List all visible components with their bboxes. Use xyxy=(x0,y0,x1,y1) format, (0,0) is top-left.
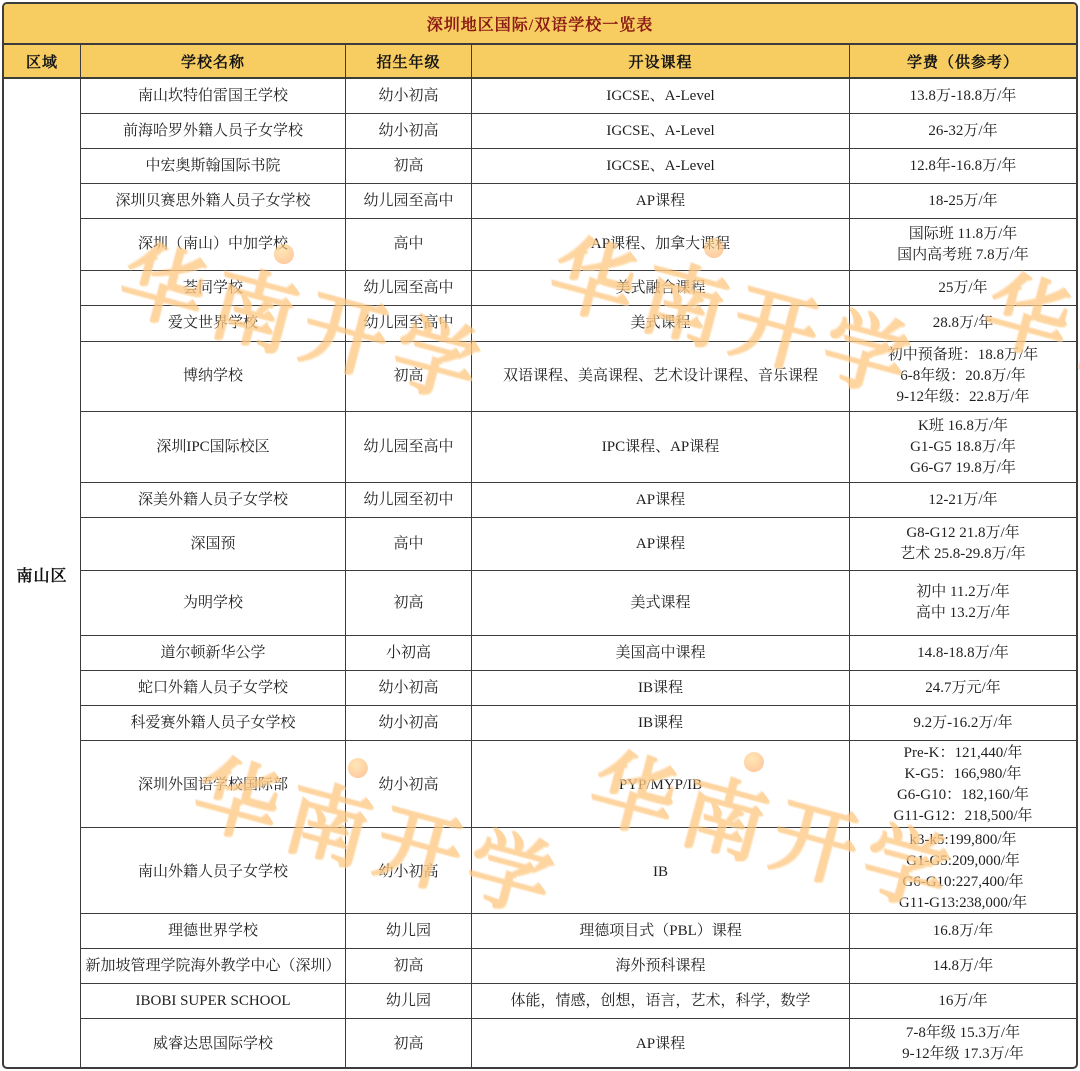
table-row: IBOBI SUPER SCHOOL 幼儿园 体能，情感，创想，语言，艺术，科学… xyxy=(81,984,1076,1019)
grades-cell: 幼儿园至高中 xyxy=(346,306,472,341)
tuition-cell: Pre-K：121,440/年K-G5：166,980/年G6-G10：182,… xyxy=(850,741,1076,829)
table-row: 蛇口外籍人员子女学校 幼小初高 IB课程 24.7万元/年 xyxy=(81,671,1076,706)
table-row: 中宏奥斯翰国际书院 初高 IGCSE、A-Level 12.8年-16.8万/年 xyxy=(81,149,1076,184)
grades-cell: 小初高 xyxy=(346,636,472,670)
table-row: 理德世界学校 幼儿园 理德项目式（PBL）课程 16.8万/年 xyxy=(81,914,1076,949)
fee-line: 艺术 25.8-29.8万/年 xyxy=(900,544,1025,565)
school-name-cell: 荟同学校 xyxy=(81,271,346,305)
courses-cell: AP课程 xyxy=(472,184,850,218)
school-name-cell: 蛇口外籍人员子女学校 xyxy=(81,671,346,705)
grades-cell: 初高 xyxy=(346,949,472,983)
school-name-cell: 深圳IPC国际校区 xyxy=(81,412,346,482)
fee-line: k3-k5:199,800/年 xyxy=(909,830,1016,851)
courses-cell: AP课程 xyxy=(472,1019,850,1069)
header-school-name: 学校名称 xyxy=(81,45,346,77)
fee-line: 6-8年级：20.8万/年 xyxy=(900,366,1025,387)
school-name-cell: 为明学校 xyxy=(81,571,346,635)
tuition-cell: K班 16.8万/年G1-G5 18.8万/年G6-G7 19.8万/年 xyxy=(850,412,1076,482)
tuition-cell: 28.8万/年 xyxy=(850,306,1076,341)
fee-line: G11-G13:238,000/年 xyxy=(899,893,1027,914)
fee-line: 高中 13.2万/年 xyxy=(916,603,1010,624)
tuition-cell: 13.8万-18.8万/年 xyxy=(850,79,1076,113)
table-row: 南山外籍人员子女学校 幼小初高 IB k3-k5:199,800/年G1-G5:… xyxy=(81,828,1076,914)
fee-line: K班 16.8万/年 xyxy=(918,416,1008,437)
courses-cell: AP课程 xyxy=(472,518,850,570)
grades-cell: 幼小初高 xyxy=(346,79,472,113)
courses-cell: IPC课程、AP课程 xyxy=(472,412,850,482)
table-row: 博纳学校 初高 双语课程、美高课程、艺术设计课程、音乐课程 初中预备班：18.8… xyxy=(81,342,1076,412)
fee-line: 18-25万/年 xyxy=(928,191,997,212)
table-row: 南山坎特伯雷国王学校 幼小初高 IGCSE、A-Level 13.8万-18.8… xyxy=(81,79,1076,114)
table-row: 深圳IPC国际校区 幼儿园至高中 IPC课程、AP课程 K班 16.8万/年G1… xyxy=(81,412,1076,483)
fee-line: 28.8万/年 xyxy=(933,313,993,334)
fee-line: G8-G12 21.8万/年 xyxy=(906,523,1019,544)
courses-cell: 美国高中课程 xyxy=(472,636,850,670)
table-header-row: 区域 学校名称 招生年级 开设课程 学费（供参考） xyxy=(4,45,1076,79)
grades-cell: 初高 xyxy=(346,342,472,411)
school-name-cell: 深圳贝赛思外籍人员子女学校 xyxy=(81,184,346,218)
school-name-cell: 南山坎特伯雷国王学校 xyxy=(81,79,346,113)
school-name-cell: 威睿达思国际学校 xyxy=(81,1019,346,1069)
fee-line: 16万/年 xyxy=(938,991,987,1012)
fee-line: G1-G5:209,000/年 xyxy=(906,851,1020,872)
courses-cell: AP课程 xyxy=(472,483,850,517)
table-row: 深圳（南山）中加学校 高中 AP课程、加拿大课程 国际班 11.8万/年国内高考… xyxy=(81,219,1076,271)
table-row: 爱文世界学校 幼儿园至高中 美式课程 28.8万/年 xyxy=(81,306,1076,342)
table-row: 前海哈罗外籍人员子女学校 幼小初高 IGCSE、A-Level 26-32万/年 xyxy=(81,114,1076,149)
tuition-cell: 7-8年级 15.3万/年9-12年级 17.3万/年 xyxy=(850,1019,1076,1069)
fee-line: 13.8万-18.8万/年 xyxy=(910,86,1017,107)
school-name-cell: 深国预 xyxy=(81,518,346,570)
fee-line: 9.2万-16.2万/年 xyxy=(913,713,1012,734)
fee-line: 12-21万/年 xyxy=(928,490,997,511)
fee-line: 24.7万元/年 xyxy=(925,678,1000,699)
tuition-cell: 24.7万元/年 xyxy=(850,671,1076,705)
school-name-cell: 新加坡管理学院海外教学中心（深圳） xyxy=(81,949,346,983)
tuition-cell: 16万/年 xyxy=(850,984,1076,1018)
courses-cell: 美式融合课程 xyxy=(472,271,850,305)
tuition-cell: 国际班 11.8万/年国内高考班 7.8万/年 xyxy=(850,219,1076,270)
table-row: 深圳贝赛思外籍人员子女学校 幼儿园至高中 AP课程 18-25万/年 xyxy=(81,184,1076,219)
grades-cell: 初高 xyxy=(346,1019,472,1069)
fee-line: G6-G10:227,400/年 xyxy=(902,872,1023,893)
tuition-cell: 14.8万/年 xyxy=(850,949,1076,983)
fee-line: 国内高考班 7.8万/年 xyxy=(897,245,1029,266)
school-table-sheet: 深圳地区国际/双语学校一览表 区域 学校名称 招生年级 开设课程 学费（供参考）… xyxy=(0,0,1080,1071)
courses-cell: 美式课程 xyxy=(472,306,850,341)
school-name-cell: 前海哈罗外籍人员子女学校 xyxy=(81,114,346,148)
fee-line: 9-12年级：22.8万/年 xyxy=(897,387,1030,408)
tuition-cell: 14.8-18.8万/年 xyxy=(850,636,1076,670)
school-name-cell: 深美外籍人员子女学校 xyxy=(81,483,346,517)
header-grades: 招生年级 xyxy=(346,45,472,77)
grades-cell: 幼小初高 xyxy=(346,828,472,916)
fee-line: 25万/年 xyxy=(938,278,987,299)
grades-cell: 高中 xyxy=(346,219,472,270)
table-row: 科爱赛外籍人员子女学校 幼小初高 IB课程 9.2万-16.2万/年 xyxy=(81,706,1076,741)
tuition-cell: 25万/年 xyxy=(850,271,1076,305)
tuition-cell: 初中 11.2万/年高中 13.2万/年 xyxy=(850,571,1076,635)
school-name-cell: 博纳学校 xyxy=(81,342,346,411)
school-name-cell: IBOBI SUPER SCHOOL xyxy=(81,984,346,1018)
grades-cell: 初高 xyxy=(346,149,472,183)
fee-line: 26-32万/年 xyxy=(928,121,997,142)
grades-cell: 幼小初高 xyxy=(346,671,472,705)
tuition-cell: 初中预备班：18.8万/年6-8年级：20.8万/年9-12年级：22.8万/年 xyxy=(850,342,1076,411)
fee-line: 14.8万/年 xyxy=(933,956,993,977)
school-name-cell: 深圳外国语学校国际部 xyxy=(81,741,346,829)
school-name-cell: 南山外籍人员子女学校 xyxy=(81,828,346,916)
tuition-cell: 16.8万/年 xyxy=(850,914,1076,948)
school-name-cell: 理德世界学校 xyxy=(81,914,346,948)
table-row: 荟同学校 幼儿园至高中 美式融合课程 25万/年 xyxy=(81,271,1076,306)
tuition-cell: 26-32万/年 xyxy=(850,114,1076,148)
region-label: 南山区 xyxy=(4,79,81,1069)
school-name-cell: 道尔顿新华公学 xyxy=(81,636,346,670)
courses-cell: IB课程 xyxy=(472,671,850,705)
courses-cell: IGCSE、A-Level xyxy=(472,79,850,113)
school-name-cell: 深圳（南山）中加学校 xyxy=(81,219,346,270)
fee-line: G1-G5 18.8万/年 xyxy=(910,437,1016,458)
grades-cell: 初高 xyxy=(346,571,472,635)
courses-cell: 海外预科课程 xyxy=(472,949,850,983)
tuition-cell: 9.2万-16.2万/年 xyxy=(850,706,1076,740)
grades-cell: 高中 xyxy=(346,518,472,570)
fee-line: 国际班 11.8万/年 xyxy=(909,224,1018,245)
tuition-cell: 12-21万/年 xyxy=(850,483,1076,517)
table-title: 深圳地区国际/双语学校一览表 xyxy=(4,4,1076,45)
fee-line: K-G5：166,980/年 xyxy=(904,764,1021,785)
courses-cell: IGCSE、A-Level xyxy=(472,149,850,183)
courses-cell: AP课程、加拿大课程 xyxy=(472,219,850,270)
header-courses: 开设课程 xyxy=(472,45,850,77)
fee-line: 9-12年级 17.3万/年 xyxy=(902,1044,1024,1065)
school-table: 深圳地区国际/双语学校一览表 区域 学校名称 招生年级 开设课程 学费（供参考）… xyxy=(2,2,1078,1069)
fee-line: 16.8万/年 xyxy=(933,921,993,942)
courses-cell: 体能，情感，创想，语言，艺术，科学，数学 xyxy=(472,984,850,1018)
table-row: 威睿达思国际学校 初高 AP课程 7-8年级 15.3万/年9-12年级 17.… xyxy=(81,1019,1076,1069)
fee-line: Pre-K：121,440/年 xyxy=(904,743,1023,764)
grades-cell: 幼儿园 xyxy=(346,984,472,1018)
school-name-cell: 爱文世界学校 xyxy=(81,306,346,341)
fee-line: 14.8-18.8万/年 xyxy=(917,643,1009,664)
school-name-cell: 中宏奥斯翰国际书院 xyxy=(81,149,346,183)
grades-cell: 幼儿园至初中 xyxy=(346,483,472,517)
courses-cell: 理德项目式（PBL）课程 xyxy=(472,914,850,948)
table-row: 为明学校 初高 美式课程 初中 11.2万/年高中 13.2万/年 xyxy=(81,571,1076,636)
grades-cell: 幼儿园至高中 xyxy=(346,412,472,482)
courses-cell: IB xyxy=(472,828,850,916)
grades-cell: 幼小初高 xyxy=(346,706,472,740)
tuition-cell: G8-G12 21.8万/年艺术 25.8-29.8万/年 xyxy=(850,518,1076,570)
grades-cell: 幼儿园至高中 xyxy=(346,271,472,305)
table-row: 深美外籍人员子女学校 幼儿园至初中 AP课程 12-21万/年 xyxy=(81,483,1076,518)
courses-cell: IGCSE、A-Level xyxy=(472,114,850,148)
table-row: 深国预 高中 AP课程 G8-G12 21.8万/年艺术 25.8-29.8万/… xyxy=(81,518,1076,571)
grades-cell: 幼小初高 xyxy=(346,741,472,829)
rows: 南山坎特伯雷国王学校 幼小初高 IGCSE、A-Level 13.8万-18.8… xyxy=(81,79,1076,1069)
fee-line: 7-8年级 15.3万/年 xyxy=(906,1023,1020,1044)
tuition-cell: 12.8年-16.8万/年 xyxy=(850,149,1076,183)
table-body: 南山区 南山坎特伯雷国王学校 幼小初高 IGCSE、A-Level 13.8万-… xyxy=(4,79,1076,1069)
courses-cell: 双语课程、美高课程、艺术设计课程、音乐课程 xyxy=(472,342,850,411)
grades-cell: 幼小初高 xyxy=(346,114,472,148)
school-name-cell: 科爱赛外籍人员子女学校 xyxy=(81,706,346,740)
courses-cell: IB课程 xyxy=(472,706,850,740)
fee-line: G6-G7 19.8万/年 xyxy=(910,458,1016,479)
header-tuition: 学费（供参考） xyxy=(850,45,1076,77)
header-region: 区域 xyxy=(4,45,81,77)
fee-line: 初中 11.2万/年 xyxy=(916,582,1010,603)
tuition-cell: 18-25万/年 xyxy=(850,184,1076,218)
courses-cell: 美式课程 xyxy=(472,571,850,635)
grades-cell: 幼儿园 xyxy=(346,914,472,948)
table-row: 新加坡管理学院海外教学中心（深圳） 初高 海外预科课程 14.8万/年 xyxy=(81,949,1076,984)
courses-cell: PYP/MYP/IB xyxy=(472,741,850,829)
fee-line: 12.8年-16.8万/年 xyxy=(910,156,1017,177)
tuition-cell: k3-k5:199,800/年G1-G5:209,000/年G6-G10:227… xyxy=(850,828,1076,916)
fee-line: G6-G10：182,160/年 xyxy=(897,785,1029,806)
fee-line: 初中预备班：18.8万/年 xyxy=(888,345,1038,366)
table-row: 道尔顿新华公学 小初高 美国高中课程 14.8-18.8万/年 xyxy=(81,636,1076,671)
grades-cell: 幼儿园至高中 xyxy=(346,184,472,218)
fee-line: G11-G12：218,500/年 xyxy=(893,806,1032,827)
table-row: 深圳外国语学校国际部 幼小初高 PYP/MYP/IB Pre-K：121,440… xyxy=(81,741,1076,828)
